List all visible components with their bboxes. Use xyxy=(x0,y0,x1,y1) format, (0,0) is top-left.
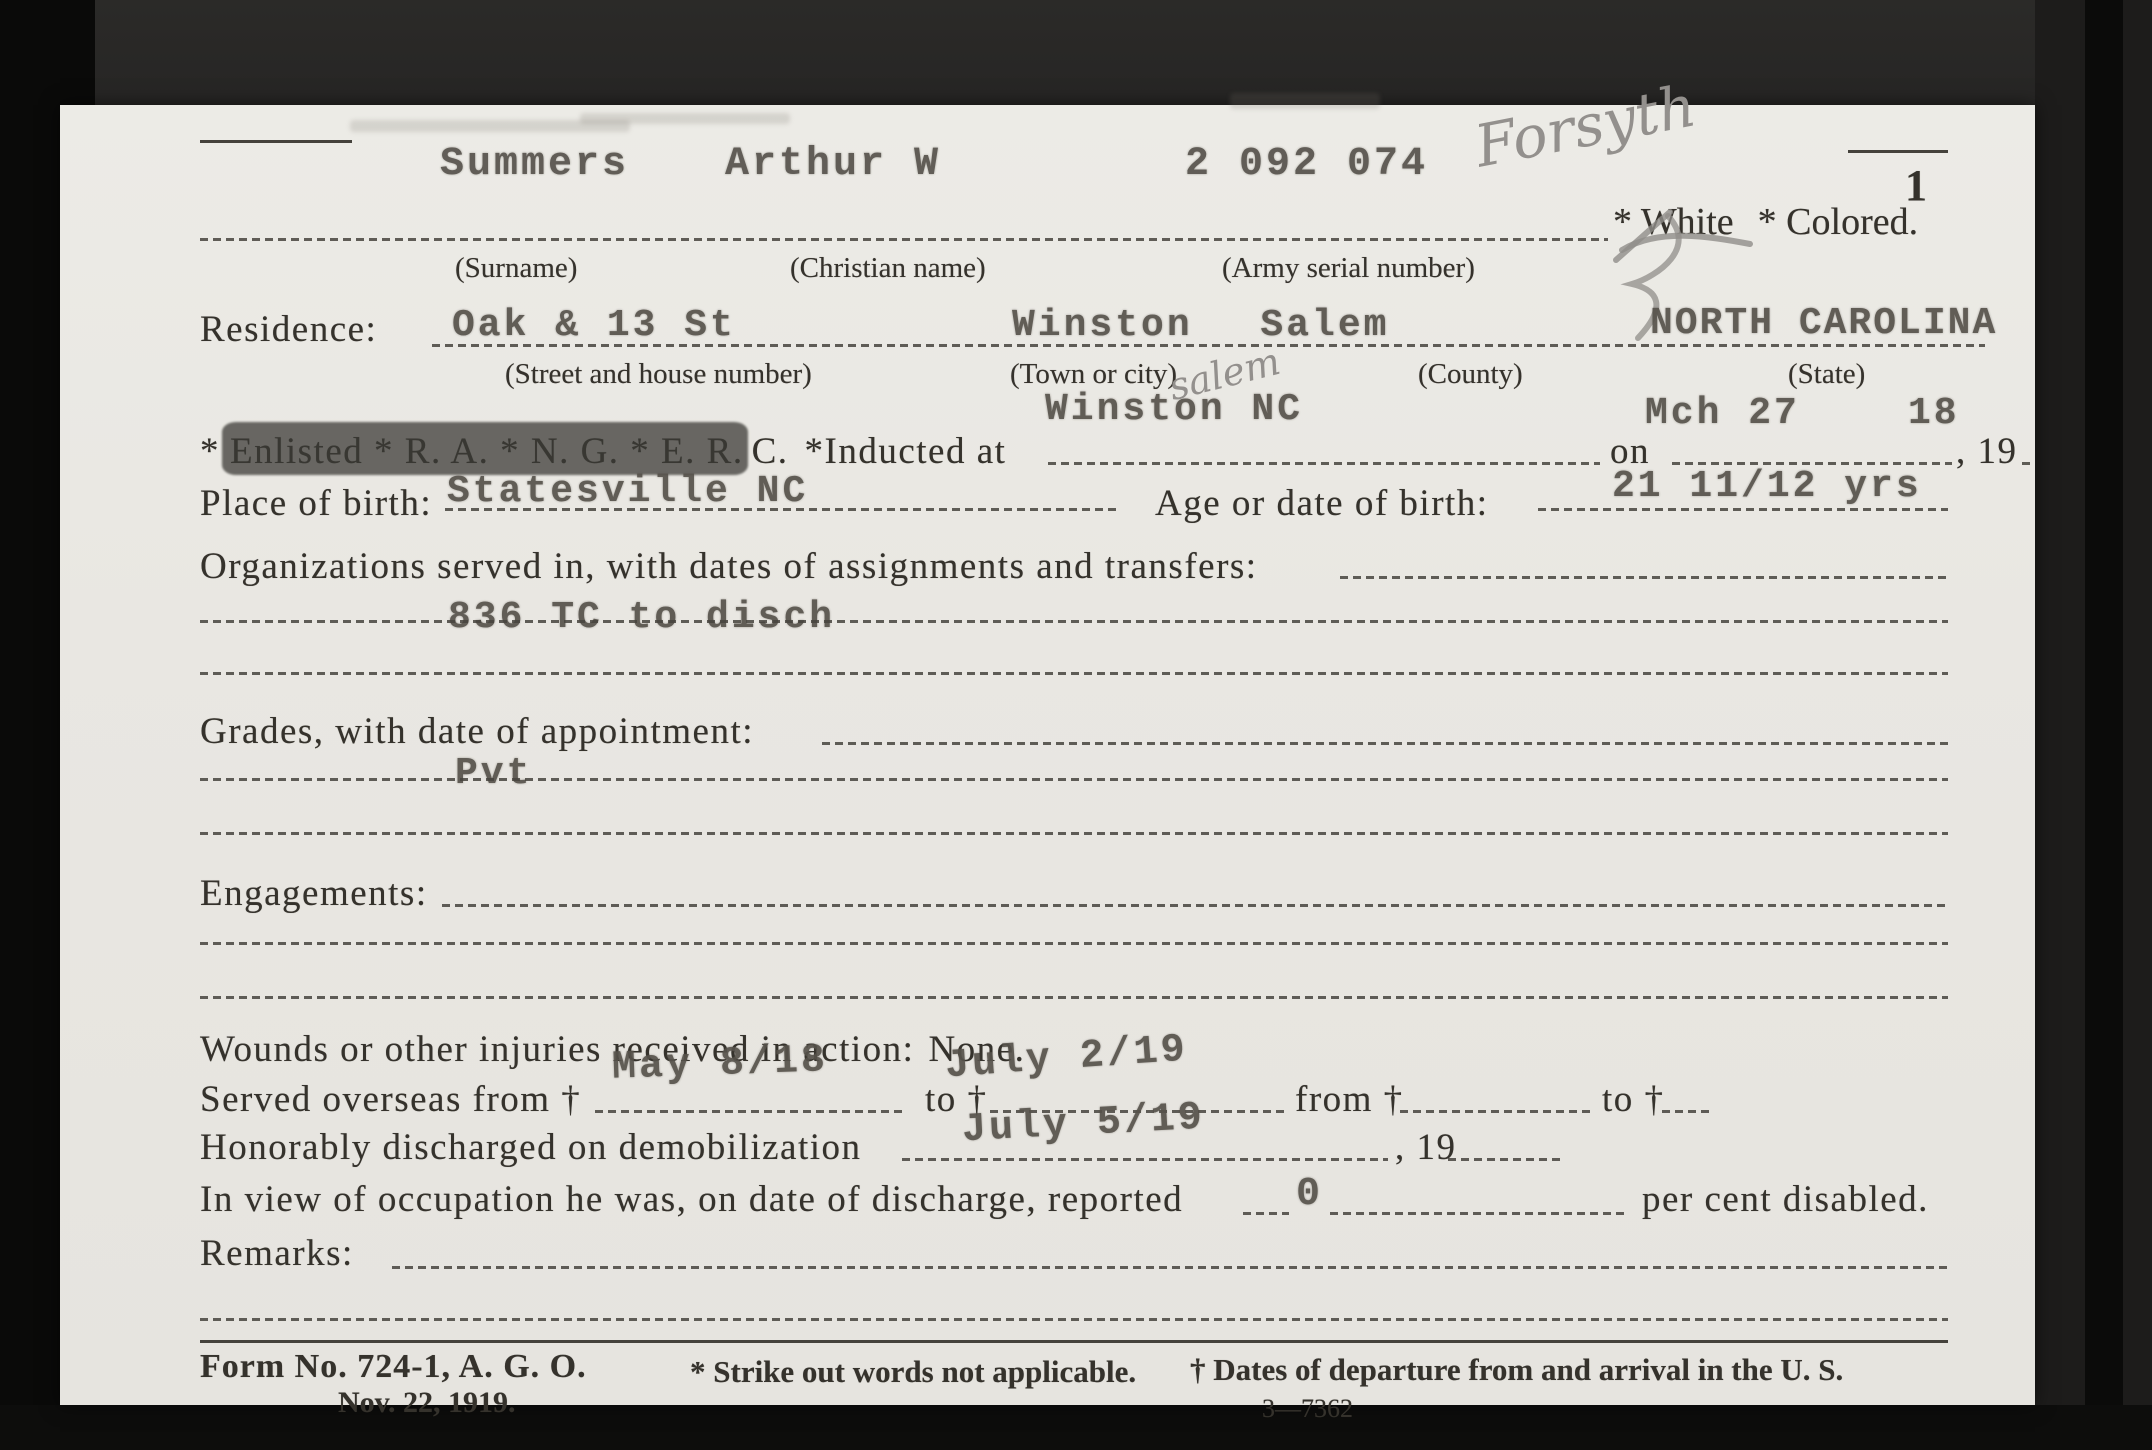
year-19-prefix: , 19 xyxy=(1956,430,2018,473)
grades-value: Pvt xyxy=(455,752,532,795)
overseas-rule-4 xyxy=(1662,1110,1710,1113)
scan-right-black-strip xyxy=(2085,0,2123,1450)
organizations-rule-2 xyxy=(200,620,1948,623)
remarks-label: Remarks: xyxy=(200,1232,354,1275)
enlistment-rest: C. xyxy=(752,431,789,472)
grades-label: Grades, with date of appointment: xyxy=(200,710,754,753)
organizations-label: Organizations served in, with dates of a… xyxy=(200,545,1258,588)
enlistment-line: *Enlisted * R. A. * N. G. * E. R.C.*Indu… xyxy=(200,430,1006,473)
grades-rule-1 xyxy=(822,742,1948,745)
state-label: (State) xyxy=(1788,358,1865,391)
street-label: (Street and house number) xyxy=(505,358,812,391)
overseas-rule-1 xyxy=(595,1110,905,1113)
residence-town-value: Winston Salem xyxy=(1012,304,1389,347)
age-label: Age or date of birth: xyxy=(1155,482,1489,525)
discharge-rule-1 xyxy=(902,1158,1388,1161)
serial-number-value: 2 092 074 xyxy=(1185,142,1428,187)
engagements-rule-3 xyxy=(200,996,1948,999)
year-rule xyxy=(2022,462,2034,465)
disabled-label: In view of occupation he was, on date of… xyxy=(200,1178,1183,1221)
town-label: (Town or city) xyxy=(1010,358,1177,391)
induction-date-typed: Mch 27 xyxy=(1645,392,1800,435)
serial-number-label: (Army serial number) xyxy=(1222,252,1475,285)
page-number-overline xyxy=(1848,150,1948,153)
footer-separator-rule xyxy=(200,1340,1948,1343)
christian-name-value: Arthur W xyxy=(725,142,941,187)
discharge-year-prefix: , 19 xyxy=(1395,1126,1457,1169)
engagements-rule-1 xyxy=(442,904,1948,907)
induction-year-typed: 18 xyxy=(1908,392,1960,435)
county-label: (County) xyxy=(1418,358,1523,391)
place-of-birth-rule xyxy=(445,508,1120,511)
organizations-rule-3 xyxy=(200,672,1948,675)
scanned-card-photo: Summers Arthur W 2 092 074 Forsyth 1 * W… xyxy=(0,0,2152,1450)
strike-out-note: * Strike out words not applicable. xyxy=(690,1354,1136,1390)
residence-state-value: NORTH CAROLINA xyxy=(1650,302,1997,345)
remarks-rule-2 xyxy=(200,1318,1948,1321)
overseas-label: Served overseas from † xyxy=(200,1078,581,1121)
discharge-label: Honorably discharged on demobilization xyxy=(200,1126,862,1169)
print-code: 3—7362 xyxy=(1262,1394,1353,1424)
disabled-suffix: per cent disabled. xyxy=(1642,1178,1929,1221)
departure-dates-note: † Dates of departure from and arrival in… xyxy=(1190,1352,1843,1388)
name-row-rule xyxy=(200,238,1608,241)
age-value: 21 11/12 yrs xyxy=(1612,465,1922,508)
grades-rule-3 xyxy=(200,832,1948,835)
christian-name-label: (Christian name) xyxy=(790,252,986,285)
top-left-rule xyxy=(200,140,352,143)
form-number: Form No. 724-1, A. G. O. xyxy=(200,1348,587,1386)
discharge-rule-2 xyxy=(1448,1158,1562,1161)
residence-label: Residence: xyxy=(200,308,377,351)
form-date: Nov. 22, 1919. xyxy=(338,1386,516,1420)
disabled-value: 0 xyxy=(1296,1172,1323,1217)
engagements-label: Engagements: xyxy=(200,872,428,915)
overseas-to2-label: to † xyxy=(1602,1078,1665,1121)
bleed-through-artifact xyxy=(580,113,790,124)
overseas-rule-3 xyxy=(1400,1110,1592,1113)
age-rule xyxy=(1538,508,1948,511)
race-colored-option: * Colored. xyxy=(1758,201,1918,243)
surname-label: (Surname) xyxy=(455,252,577,285)
bleed-through-artifact xyxy=(1230,93,1380,109)
place-of-birth-label: Place of birth: xyxy=(200,482,432,525)
inducted-at-label: *Inducted at xyxy=(805,431,1007,472)
inducted-at-rule xyxy=(1048,462,1600,465)
place-of-birth-value: Statesville NC xyxy=(447,470,808,513)
struck-enlistment-options: Enlisted * R. A. * N. G. * E. R. xyxy=(230,430,744,473)
overseas-from2-label: from † xyxy=(1295,1078,1404,1121)
remarks-rule-1 xyxy=(392,1266,1948,1269)
disabled-rule-1 xyxy=(1243,1212,1289,1215)
residence-street-value: Oak & 13 St xyxy=(452,304,736,347)
engagements-rule-2 xyxy=(200,942,1948,945)
inducted-place-typed: Winston NC xyxy=(1045,388,1303,431)
surname-value: Summers xyxy=(440,142,629,187)
enlistment-star: * xyxy=(200,431,220,472)
overseas-from1-value: May 8/18 xyxy=(611,1038,828,1091)
organizations-rule-1 xyxy=(1340,576,1948,579)
scan-bottom-black-band xyxy=(0,1405,2152,1450)
organizations-value: 836 TC to disch xyxy=(448,596,835,639)
grades-rule-2 xyxy=(200,778,1948,781)
disabled-rule-2 xyxy=(1330,1212,1628,1215)
